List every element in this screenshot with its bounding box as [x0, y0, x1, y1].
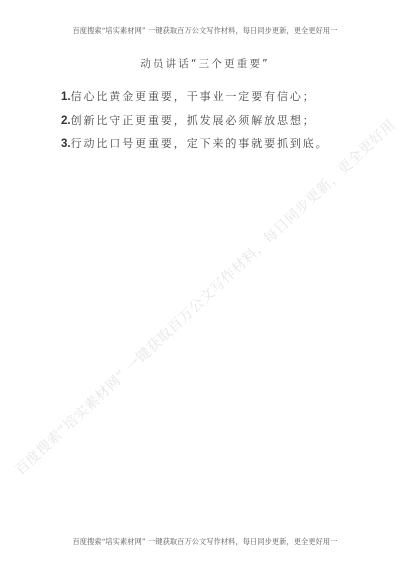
- list-item-number: 3.: [61, 138, 71, 150]
- list-item-text: 行动比口号更重要，定下来的事就要抓到底。: [71, 137, 329, 150]
- list-item-text: 创新比守正更重要，抓发展必须解放思想；: [71, 114, 316, 127]
- list-item-number: 2.: [61, 115, 71, 127]
- document-title: 动员讲话“三个更重要”: [0, 56, 410, 71]
- list-item-number: 1.: [61, 91, 71, 103]
- list-item: 2.创新比守正更重要，抓发展必须解放思想；: [61, 113, 329, 137]
- numbered-list: 1.信心比黄金更重要，干事业一定要有信心； 2.创新比守正更重要，抓发展必须解放…: [61, 89, 329, 160]
- list-item: 1.信心比黄金更重要，干事业一定要有信心；: [61, 89, 329, 113]
- document-page: 百度搜索“培实素材网” 一键获取百万公文写作材料，每日同步更新，更全更好用一 动…: [0, 0, 410, 580]
- diagonal-watermark: 百度搜索“培实素材网” 一键获取百万公文写作材料，每日同步更新，更全更好用: [10, 115, 399, 480]
- footer-banner: 百度搜索“培实素材网” 一键获取百万公文写作材料，每日同步更新，更全更好用一: [0, 537, 410, 547]
- header-banner: 百度搜索“培实素材网” 一键获取百万公文写作材料，每日同步更新，更全更好用一: [0, 26, 410, 36]
- list-item-text: 信心比黄金更重要，干事业一定要有信心；: [71, 90, 316, 103]
- list-item: 3.行动比口号更重要，定下来的事就要抓到底。: [61, 136, 329, 160]
